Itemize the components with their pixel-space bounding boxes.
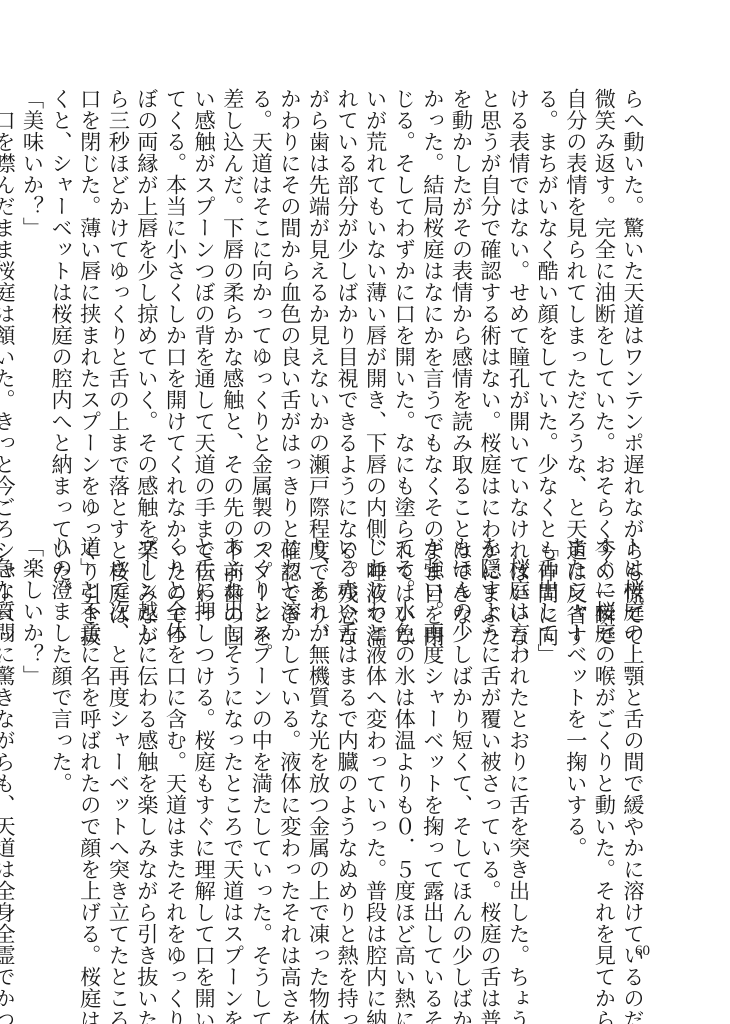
page-number: 60 [635,943,650,960]
text-line: る。まちがいなく酷い顔をしていた。少なくとも仲間に向 [533,88,562,508]
text-line: 口を噤んだまま桜庭は頷いた。きっと今ごろシャーベッ [0,88,18,508]
text-line: かわりにその間から血色の良い舌がはっきりと確認でき [275,88,304,508]
text-line: り、それが無機質な光を放つ金属の上で凍った物体をじわ [304,536,333,956]
text-line: らへ動いた。驚いた天道はワンテンポ遅れながらも慌てて [618,88,647,508]
text-line: を隠すように舌が覆い被さっている。桜庭の舌は普通より [475,536,504,956]
text-line: じわじわと液体へ変わっていった。普段は腔内に納まって [361,536,390,956]
text-line: い感触がスプーンつぼの背を通して天道の手まで伝わっ [190,88,219,508]
text-line: っくりとスプーンの中を満たしていった。そうしてそれが [247,536,276,956]
text-line: がら歯は先端が見えるか見えないかの瀬戸際程度であり、 [304,88,333,508]
text-line: じる。そしてわずかに口を開いた。なにも塗られてはいな [390,88,419,508]
text-line: てくる。本当に小さくしか口を開けてくれなかったのでつ [161,88,190,508]
text-line: いが荒れてもいない薄い唇が開き、下唇の内側、唾液で濡 [361,88,390,508]
text-line: 差し込んだ。下唇の柔らかな感触と、その先の下前歯の固 [218,88,247,508]
text-line: じわと溶かしている。液体に変わったそれは高さを失いゆ [275,536,304,956]
text-line: 道」と不意に名を呼ばれたので顔を上げる。桜庭は普段通 [75,536,104,956]
text-line: くりと全体を口に含む。天道はまたそれをゆっくりと、ス [161,536,190,956]
text-line: かった。結局桜庭はなにかを言うでもなくそのまま目を閉 [418,88,447,508]
text-line: さて次、と再度シャーベットへ突き立てたところで「天 [104,536,133,956]
text-line: れている部分が少しばかり目視できるようになる。残念な [332,88,361,508]
text-line: ける表情ではない。せめて瞳孔が開いていなければいいな、 [504,88,533,508]
text-line: を動かしたがその表情から感情を読み取ることはできな [447,88,476,508]
text-block-top: らへ動いた。驚いた天道はワンテンポ遅れながらも慌てて 微笑み返す。完全に油断をし… [0,88,647,508]
book-page: らへ動いた。驚いた天道はワンテンポ遅れながらも慌てて 微笑み返す。完全に油断をし… [0,0,730,1024]
text-line: くと、シャーベットは桜庭の腔内へと納まっていた。 [47,88,76,508]
text-line: いる赤い舌はまるで内臓のようなぬめりと熱を持ってお [332,536,361,956]
text-block-bottom: トは桜庭の上顎と舌の間で緩やかに溶けているのだろう。 すぐに桜庭の喉がごくりと動… [0,536,647,956]
text-line: 口を閉じた。薄い唇に挟まれたスプーンをゆっくり引き抜 [75,88,104,508]
text-line: もほんの少しばかり短くて、そしてほんの少しばかり赤み [447,536,476,956]
text-line: ら三秒ほどかけてゆっくりと舌の上まで落とすと桜庭は [104,88,133,508]
text-line: と舌に押しつける。桜庭もすぐに理解して口を開いた。ぱ [190,536,219,956]
text-line: 桜庭は言われたとおりに舌を突き出した。ちょうど下唇 [504,536,533,956]
text-line: 急な質問に驚きながらも、天道は全身全霊でかつてない [0,536,18,956]
text-line: またシャーベットを一掬いする。 [561,536,590,956]
text-line: すぐに桜庭の喉がごくりと動いた。それを見てから天道は [590,536,619,956]
text-line: が強い。再度シャーベットを掬って露出しているそれに当 [418,536,447,956]
text-line: りの澄ました顔で言った。 [47,536,76,956]
text-line: ぼの両縁が上唇を少し掠めていく。その感触を楽しみなが [132,88,161,508]
text-line: あふれ出しそうになったところで天道はスプーンをぐっ [218,536,247,956]
text-line: る。天道はそこに向かってゆっくりと金属製のスプーンを [247,88,276,508]
dialogue-line: 「楽しいか？」 [18,536,47,956]
text-line: 微笑み返す。完全に油断をしていた。おそらく今の一瞬で [590,88,619,508]
dialogue-line: 「舌出して」 [533,536,562,956]
text-line: トは桜庭の上顎と舌の間で緩やかに溶けているのだろう。 [618,536,647,956]
text-line: と思うが自分で確認する術はない。桜庭はにわかにまぶた [475,88,504,508]
dialogue-line: 「美味いか？」 [18,88,47,508]
text-line: てる。水色の氷は体温よりも０．５度ほど高い熱によって [390,536,419,956]
text-line: 自分の表情を見られてしまっただろうな、と天道は反省す [561,88,590,508]
text-line: プーン越しに伝わる感触を楽しみながら引き抜いた。 [132,536,161,956]
